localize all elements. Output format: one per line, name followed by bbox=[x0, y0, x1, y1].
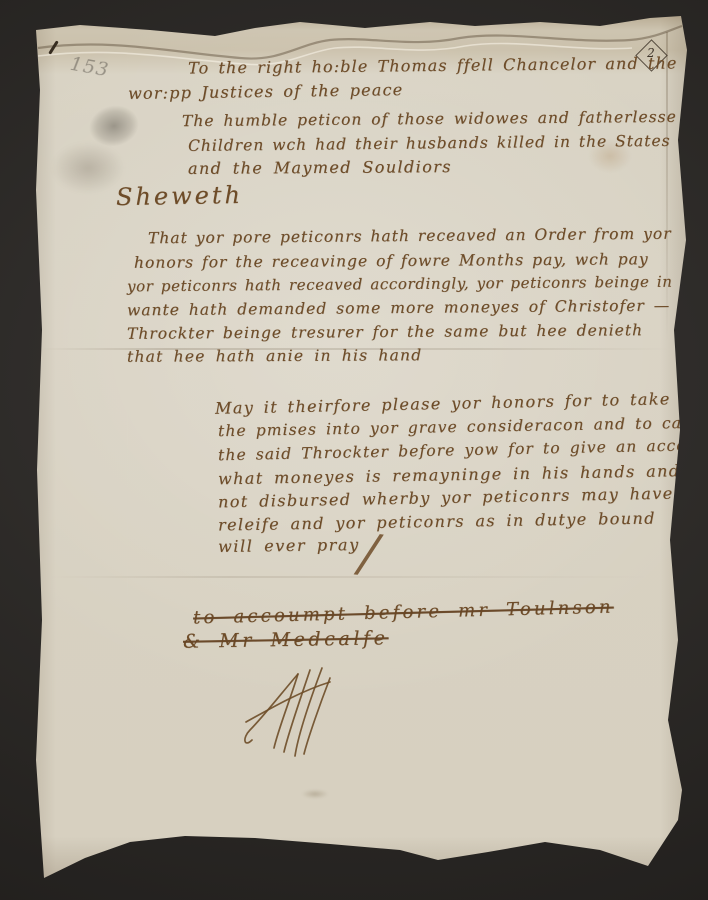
prayer-line-5: not disbursed wherby yor peticonrs may h… bbox=[218, 484, 674, 512]
petition-title-line-3: and the Maymed Souldiors bbox=[188, 157, 452, 178]
body-line-2: honors for the receavinge of fowre Month… bbox=[134, 250, 649, 272]
faint-pencil-smudge bbox=[298, 788, 332, 800]
prayer-line-7: will ever pray bbox=[218, 535, 360, 556]
ink-stain-hole bbox=[77, 94, 150, 158]
horizontal-crease-lower bbox=[50, 576, 650, 578]
struck-memo-line-1: to accoumpt before mr Toulnson bbox=[193, 596, 614, 628]
petition-title-line-1: The humble peticon of those widowes and … bbox=[182, 108, 677, 130]
body-line-3: yor peticonrs hath receaved accordingly,… bbox=[127, 273, 673, 296]
manuscript-page: 153 2 To the right ho:ble Thomas ffell C… bbox=[30, 16, 690, 882]
prayer-line-2: the pmises into yor grave consideracon a… bbox=[218, 414, 694, 440]
right-margin-crease bbox=[666, 32, 668, 342]
prayer-line-1: May it theirfore please yor honors for t… bbox=[215, 389, 671, 418]
body-line-4: wante hath demanded some more moneyes of… bbox=[127, 297, 670, 320]
ink-slash-mark: / bbox=[357, 527, 380, 581]
address-line-2: wor:pp Justices of the peace bbox=[128, 80, 404, 103]
struck-text: to accoumpt before mr Toulnson bbox=[193, 596, 614, 628]
petition-title-line-2: Children wch had their husbands killed i… bbox=[188, 131, 708, 155]
ink-flourish-mark bbox=[238, 652, 348, 762]
body-line-5: Throckter beinge tresurer for the same b… bbox=[127, 321, 643, 343]
prayer-line-6: releife and yor peticonrs as in dutye bo… bbox=[218, 509, 656, 535]
body-line-1: That yor pore peticonrs hath receaved an… bbox=[148, 225, 672, 248]
photograph-background: 153 2 To the right ho:ble Thomas ffell C… bbox=[0, 0, 708, 900]
sheweth-heading: Sheweth bbox=[116, 181, 243, 211]
body-line-6: that hee hath anie in his hand bbox=[127, 346, 422, 366]
struck-text: & Mr Medcalfe bbox=[183, 627, 389, 653]
prayer-line-3: the said Throckter before yow for to giv… bbox=[218, 436, 708, 465]
struck-memo-line-2: & Mr Medcalfe bbox=[183, 627, 389, 653]
